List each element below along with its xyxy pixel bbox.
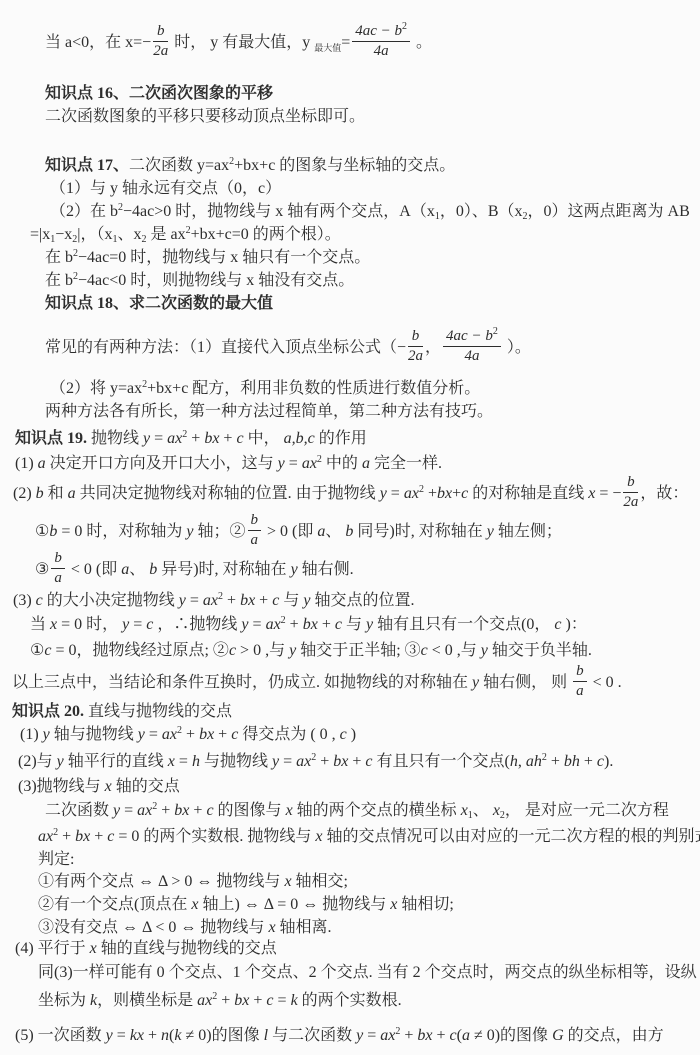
line-kp17-1: （1）与 y 轴永远有交点（0，c） <box>12 177 694 200</box>
line-kp17-3: 在 b2−4ac=0 时，抛物线与 x 轴只有一个交点。 <box>12 246 694 269</box>
line-kp19-note: 以上三点中，当结论和条件互换时，仍成立. 如抛物线的对称轴在 y 轴右侧， 则 … <box>12 664 694 702</box>
line-max-value: 当 a<0，在 x=−b2a 时， y 有最大值，y 最大值=4ac − b24… <box>12 20 694 66</box>
heading-kp20: 知识点 20. 直线与抛物线的交点 <box>12 702 694 722</box>
fraction: b2a <box>623 474 638 511</box>
line-kp20-3-3: ③没有交点 ⇔ Δ < 0 ⇔ 抛物线与 x 轴相离. <box>12 916 694 939</box>
line-kp19-2-1: ①b = 0 时，对称轴为 y 轴；②ba > 0 (即 a、 b 同号)时, … <box>12 513 694 551</box>
fraction: 4ac − b24a <box>443 328 501 365</box>
line-kp20-3-2: ②有一个交点(顶点在 x 轴上) ⇔ Δ = 0 ⇔ 抛物线与 x 轴相切; <box>12 893 694 916</box>
document-page: 当 a<0，在 x=−b2a 时， y 有最大值，y 最大值=4ac − b24… <box>0 0 700 1055</box>
line-kp17-2a: （2）在 b2−4ac>0 时，抛物线与 x 轴有两个交点，A（x1，0）、B（… <box>12 200 694 223</box>
line-kp20-4b: 坐标为 k，则横坐标是 ax2 + bx + c = k 的两个实数根. <box>12 986 694 1015</box>
line-kp18-1: 常见的有两种方法：（1）直接代入顶点坐标公式（−b2a，4ac − b24a ）… <box>12 325 694 371</box>
heading-kp17: 知识点 17、二次函数 y=ax2+bx+c 的图象与坐标轴的交点。 <box>12 154 694 177</box>
line-kp20-3: (3)抛物线与 x 轴的交点 <box>12 775 694 798</box>
line-kp18-2: （2）将 y=ax2+bx+c 配方，利用非负数的性质进行数值分析。 <box>12 377 694 400</box>
line-kp16-body: 二次函数图象的平移只要移动顶点坐标即可。 <box>12 105 694 128</box>
fraction: 4ac − b24a <box>352 23 410 60</box>
heading-kp18: 知识点 18、求二次函数的最大值 <box>12 292 694 315</box>
line-kp20-3-1: ①有两个交点 ⇔ Δ > 0 ⇔ 抛物线与 x 轴相交; <box>12 870 694 893</box>
line-kp20-4a: 同(3)一样可能有 0 个交点、1 个交点、2 个交点. 当有 2 个交点时，两… <box>12 960 694 986</box>
line-kp20-5: (5) 一次函数 y = kx + n(k ≠ 0)的图像 l 与二次函数 y … <box>12 1021 694 1051</box>
line-kp19-2: (2) b 和 a 共同决定抛物线对称轴的位置. 由于抛物线 y = ax2 +… <box>12 475 694 513</box>
line-kp20-3a: 二次函数 y = ax2 + bx + c 的图像与 x 轴的两个交点的横坐标 … <box>12 798 694 824</box>
line-kp20-3b: ax2 + bx + c = 0 的两个实数根. 抛物线与 x 轴的交点情况可以… <box>12 824 694 849</box>
line-kp19-3: (3) c 的大小决定抛物线 y = ax2 + bx + c 与 y 轴交点的… <box>12 589 694 612</box>
line-kp20-3c: 判定: <box>12 849 694 870</box>
line-kp17-2b: =|x1−x2|，（x1、x2 是 ax2+bx+c=0 的两个根）。 <box>12 223 694 246</box>
line-kp20-4: (4) 平行于 x 轴的直线与抛物线的交点 <box>12 939 694 958</box>
fraction: b2a <box>408 328 423 365</box>
document-body: 当 a<0，在 x=−b2a 时， y 有最大值，y 最大值=4ac − b24… <box>12 20 694 1051</box>
fraction: ba <box>573 663 587 700</box>
fraction: ba <box>51 550 65 587</box>
heading-kp16: 知识点 16、二次函次图象的平移 <box>12 82 694 105</box>
line-kp20-1: (1) y 轴与抛物线 y = ax2 + bx + c 得交点为 ( 0 , … <box>12 722 694 748</box>
line-kp19-1: (1) a 决定开口方向及开口大小，这与 y = ax2 中的 a 完全一样. <box>12 452 694 475</box>
line-kp17-4: 在 b2−4ac<0 时，则抛物线与 x 轴没有交点。 <box>12 269 694 292</box>
fraction: b2a <box>153 23 168 60</box>
line-kp19-3-1: 当 x = 0 时， y = c ，∴抛物线 y = ax2 + bx + c … <box>12 612 694 638</box>
heading-kp19: 知识点 19. 抛物线 y = ax2 + bx + c 中， a,b,c 的作… <box>12 427 694 450</box>
fraction: ba <box>248 512 262 549</box>
line-kp19-2-2: ③ba < 0 (即 a、 b 异号)时, 对称轴在 y 轴右侧. <box>12 551 694 589</box>
line-kp19-3-2: ①c = 0，抛物线经过原点; ②c > 0 ,与 y 轴交于正半轴; ③c <… <box>12 638 694 664</box>
line-kp18-3: 两种方法各有所长，第一种方法过程简单，第二种方法有技巧。 <box>12 400 694 423</box>
line-kp20-2: (2)与 y 轴平行的直线 x = h 与抛物线 y = ax2 + bx + … <box>12 748 694 775</box>
